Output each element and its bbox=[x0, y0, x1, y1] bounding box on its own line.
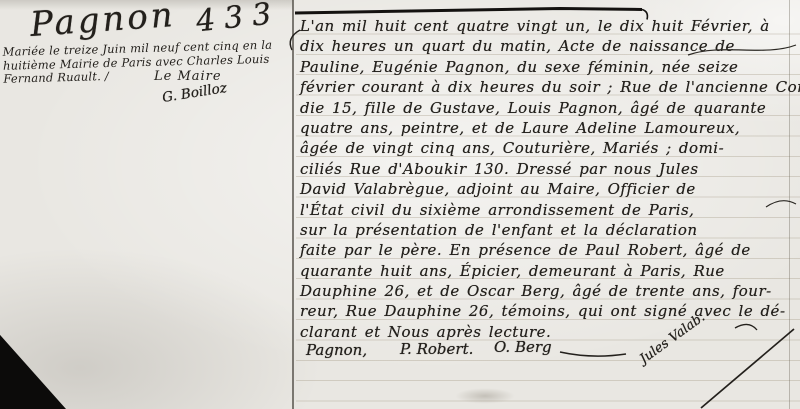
act-line: David Valabrègue, adjoint au Maire, Offi… bbox=[300, 179, 794, 199]
berg-paraph-dash bbox=[560, 352, 626, 356]
registry-scan-page: Pagnon 433 Mariée le treize Juin mil neu… bbox=[0, 0, 800, 409]
act-line: faite par le père. En présence de Paul R… bbox=[300, 240, 794, 260]
act-line: L'an mil huit cent quatre vingt un, le d… bbox=[300, 16, 794, 36]
act-line: Pauline, Eugénie Pagnon, du sexe féminin… bbox=[300, 57, 794, 77]
act-line: die 15, fille de Gustave, Louis Pagnon, … bbox=[300, 98, 794, 118]
act-line: l'État civil du sixième arrondissement d… bbox=[300, 200, 794, 220]
act-line: reur, Rue Dauphine 26, témoins, qui ont … bbox=[300, 301, 794, 321]
top-rule-stroke bbox=[295, 9, 642, 14]
margin-act-number: 433 bbox=[194, 0, 281, 39]
act-line: quarante huit ans, Épicier, demeurant à … bbox=[300, 261, 794, 281]
act-line: sur la présentation de l'enfant et la dé… bbox=[300, 220, 794, 240]
signature-declarant: Pagnon, bbox=[306, 341, 367, 359]
margin-marriage-note: Mariée le treize Juin mil neuf cent cinq… bbox=[3, 38, 292, 86]
act-line: dix heures un quart du matin, Acte de na… bbox=[300, 36, 794, 56]
act-line: ciliés Rue d'Aboukir 130. Dressé par nou… bbox=[300, 159, 794, 179]
act-line: âgée de vingt cinq ans, Couturière, Mari… bbox=[300, 138, 794, 158]
act-text-block: L'an mil huit cent quatre vingt un, le d… bbox=[300, 16, 794, 342]
paper-smudge bbox=[455, 388, 515, 404]
signature-witness-berg: O. Berg bbox=[494, 338, 552, 356]
margin-surname-heading: Pagnon bbox=[29, 0, 177, 45]
act-line: quatre ans, peintre, et de Laure Adeline… bbox=[300, 118, 794, 138]
act-line: Dauphine 26, et de Oscar Berg, âgé de tr… bbox=[300, 281, 794, 301]
act-line: février courant à dix heures du soir ; R… bbox=[300, 77, 794, 97]
scan-corner-shadow bbox=[0, 331, 66, 409]
margin-separator-rule bbox=[292, 0, 294, 409]
signature-witness-robert: P. Robert. bbox=[400, 340, 473, 358]
